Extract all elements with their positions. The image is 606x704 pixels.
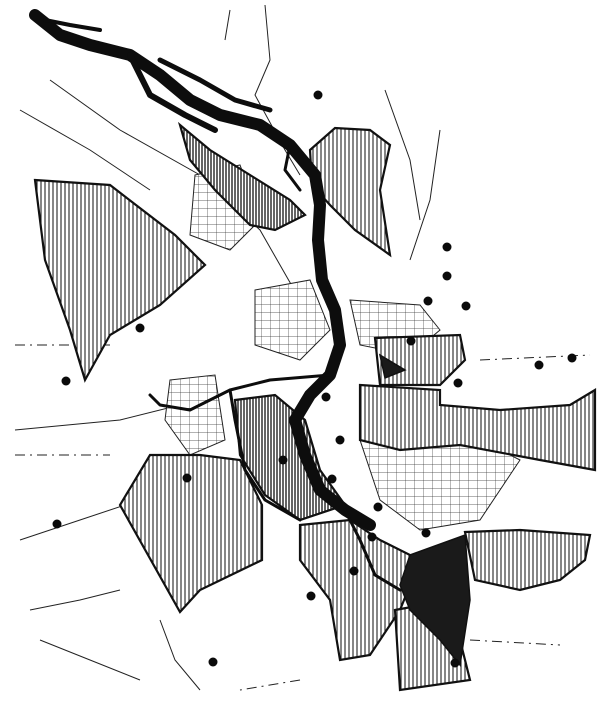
map-canvas [0, 0, 606, 704]
zone-southeast [465, 530, 590, 590]
point-marker [451, 659, 460, 668]
zone-west [35, 180, 205, 380]
point-marker [183, 474, 192, 483]
point-marker [53, 520, 62, 529]
point-marker [443, 272, 452, 281]
urban-area-west [165, 375, 225, 455]
point-marker [279, 456, 288, 465]
point-marker [368, 533, 377, 542]
point-marker [454, 379, 463, 388]
point-marker [209, 658, 218, 667]
point-marker [407, 337, 416, 346]
point-marker [62, 377, 71, 386]
point-marker [336, 436, 345, 445]
point-marker [328, 475, 337, 484]
point-marker [374, 503, 383, 512]
point-marker [443, 243, 452, 252]
point-marker [462, 302, 471, 311]
point-marker [568, 354, 577, 363]
point-marker [350, 567, 359, 576]
point-marker [535, 361, 544, 370]
point-marker [314, 91, 323, 100]
point-marker [422, 529, 431, 538]
point-marker [136, 324, 145, 333]
point-marker [322, 393, 331, 402]
point-marker [307, 592, 316, 601]
point-marker [424, 297, 433, 306]
urban-area-center [255, 280, 330, 360]
